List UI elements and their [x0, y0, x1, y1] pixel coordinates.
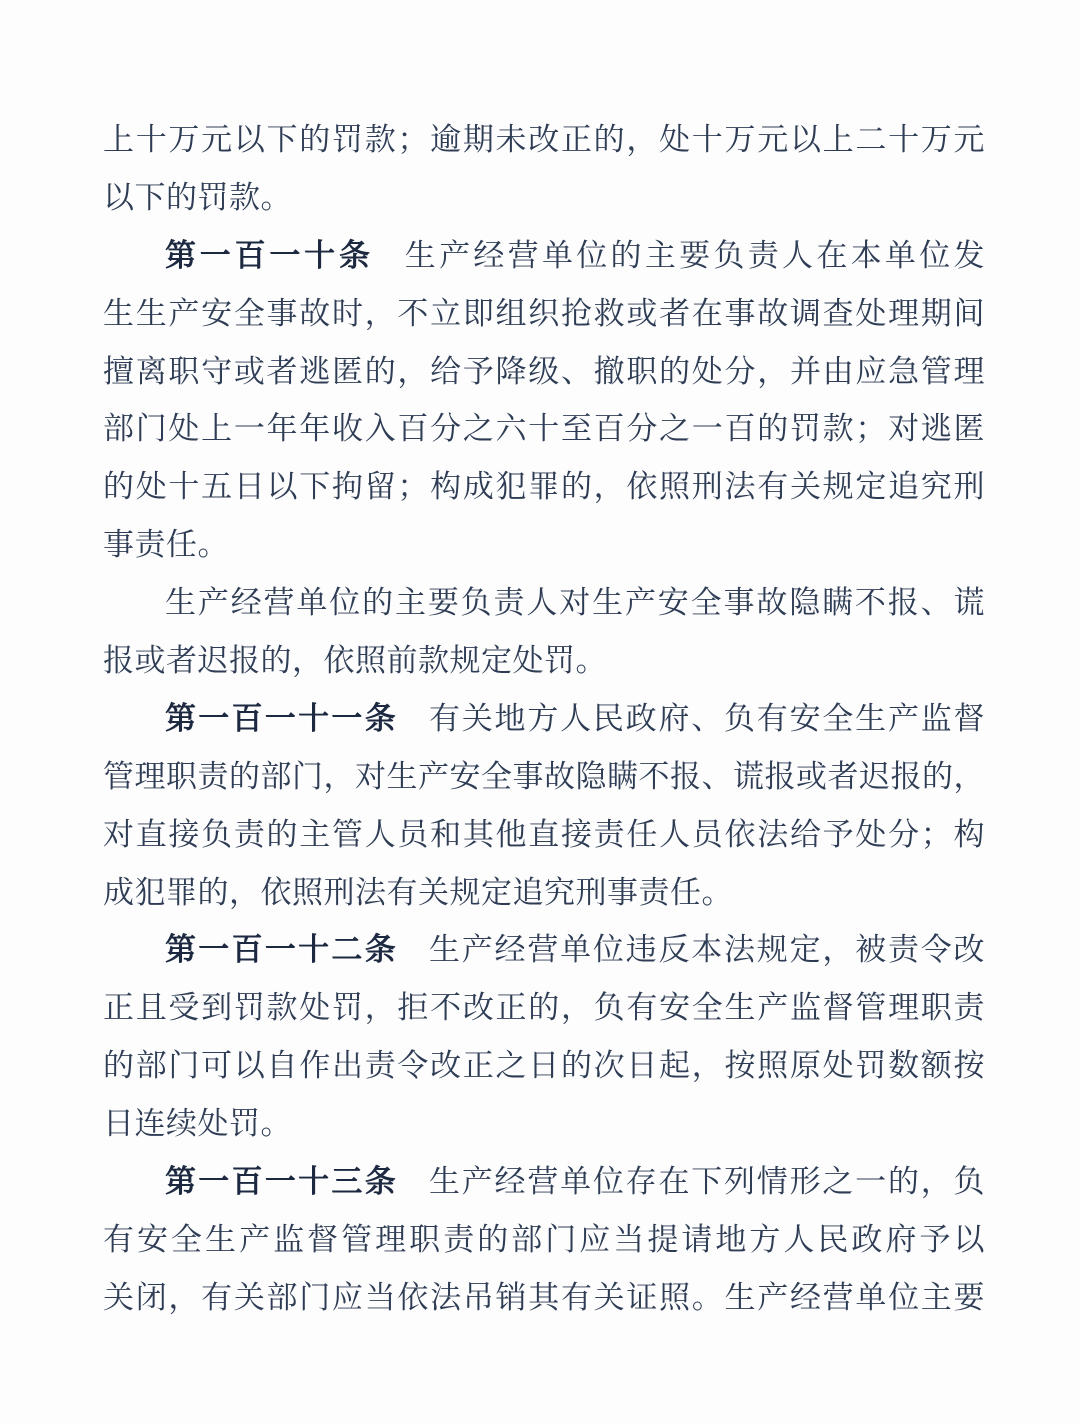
text-line: 擅离职守或者逃匿的，给予降级、撤职的处分，并由应急管理 [103, 343, 985, 401]
line-text: 管理职责的部门，对生产安全事故隐瞒不报、谎报或者迟报的， [103, 759, 985, 794]
line-text: 生产经营单位违反本法规定，被责令改 [429, 932, 985, 967]
text-line: 日连续处罚。 [103, 1095, 985, 1153]
text-line: 第一百一十一条有关地方人民政府、负有安全生产监督 [103, 690, 985, 748]
text-line: 生产经营单位的主要负责人对生产安全事故隐瞒不报、谎 [103, 574, 985, 632]
line-text: 生生产安全事故时，不立即组织抢救或者在事故调查处理期间 [103, 296, 985, 331]
line-text: 事责任。 [103, 527, 229, 562]
text-line: 正且受到罚款处罚，拒不改正的，负有安全生产监督管理职责 [103, 979, 985, 1037]
article-number: 第一百一十一条 [165, 701, 398, 736]
text-line: 事责任。 [103, 516, 985, 574]
line-text: 的处十五日以下拘留；构成犯罪的，依照刑法有关规定追究刑 [103, 469, 985, 504]
line-text: 生产经营单位的主要负责人对生产安全事故隐瞒不报、谎 [165, 585, 985, 620]
line-text: 日连续处罚。 [103, 1106, 292, 1141]
line-text: 对直接负责的主管人员和其他直接责任人员依法给予处分；构 [103, 817, 985, 852]
text-line: 第一百一十二条生产经营单位违反本法规定，被责令改 [103, 921, 985, 979]
text-line: 上十万元以下的罚款；逾期未改正的，处十万元以上二十万元 [103, 111, 985, 169]
line-text: 有安全生产监督管理职责的部门应当提请地方人民政府予以 [103, 1222, 985, 1257]
text-line: 生生产安全事故时，不立即组织抢救或者在事故调查处理期间 [103, 285, 985, 343]
line-text: 正且受到罚款处罚，拒不改正的，负有安全生产监督管理职责 [103, 990, 985, 1025]
text-line: 以下的罚款。 [103, 169, 985, 227]
line-text: 部门处上一年年收入百分之六十至百分之一百的罚款；对逃匿 [103, 411, 985, 446]
text-line: 管理职责的部门，对生产安全事故隐瞒不报、谎报或者迟报的， [103, 748, 985, 806]
text-line: 部门处上一年年收入百分之六十至百分之一百的罚款；对逃匿 [103, 400, 985, 458]
article-number: 第一百一十三条 [165, 1164, 398, 1199]
document-page: 上十万元以下的罚款；逾期未改正的，处十万元以上二十万元 以下的罚款。 第一百一十… [0, 0, 1080, 1424]
line-text: 成犯罪的，依照刑法有关规定追究刑事责任。 [103, 875, 733, 910]
text-line: 对直接负责的主管人员和其他直接责任人员依法给予处分；构 [103, 806, 985, 864]
line-text: 擅离职守或者逃匿的，给予降级、撤职的处分，并由应急管理 [103, 354, 985, 389]
text-line: 关闭，有关部门应当依法吊销其有关证照。生产经营单位主要 [103, 1269, 985, 1327]
text-line: 的处十五日以下拘留；构成犯罪的，依照刑法有关规定追究刑 [103, 458, 985, 516]
line-text: 报或者迟报的，依照前款规定处罚。 [103, 643, 607, 678]
text-line: 第一百一十条生产经营单位的主要负责人在本单位发 [103, 227, 985, 285]
text-line: 报或者迟报的，依照前款规定处罚。 [103, 632, 985, 690]
line-text: 以下的罚款。 [103, 180, 292, 215]
text-line: 第一百一十三条生产经营单位存在下列情形之一的，负 [103, 1153, 985, 1211]
text-line: 有安全生产监督管理职责的部门应当提请地方人民政府予以 [103, 1211, 985, 1269]
law-text-block: 上十万元以下的罚款；逾期未改正的，处十万元以上二十万元 以下的罚款。 第一百一十… [103, 111, 985, 1327]
text-line: 的部门可以自作出责令改正之日的次日起，按照原处罚数额按 [103, 1037, 985, 1095]
line-text: 生产经营单位存在下列情形之一的，负 [429, 1164, 985, 1199]
line-text: 生产经营单位的主要负责人在本单位发 [405, 238, 985, 273]
article-number: 第一百一十二条 [165, 932, 398, 967]
article-number: 第一百一十条 [165, 238, 374, 273]
line-text: 的部门可以自作出责令改正之日的次日起，按照原处罚数额按 [103, 1048, 985, 1083]
line-text: 有关地方人民政府、负有安全生产监督 [429, 701, 985, 736]
line-text: 关闭，有关部门应当依法吊销其有关证照。生产经营单位主要 [103, 1280, 985, 1315]
text-line: 成犯罪的，依照刑法有关规定追究刑事责任。 [103, 864, 985, 922]
line-text: 上十万元以下的罚款；逾期未改正的，处十万元以上二十万元 [103, 122, 985, 157]
